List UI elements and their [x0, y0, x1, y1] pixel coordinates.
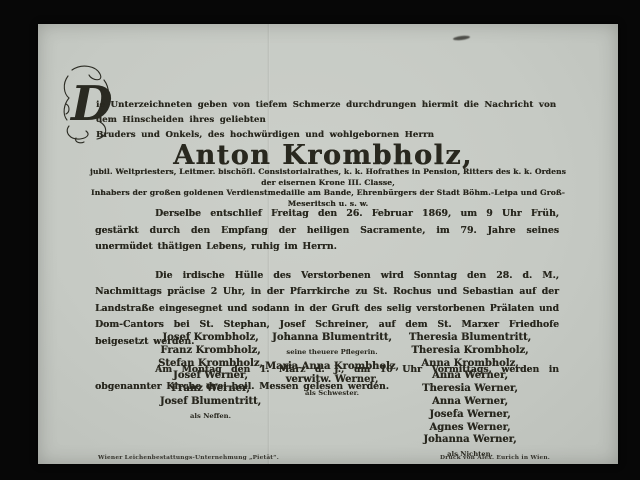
imprint-undertaker: Wiener Leichenbestattungs-Unternehmung „…	[98, 455, 318, 461]
signer-name: Agnes Werner,	[390, 422, 550, 435]
signer-name: Theresia Blumentritt,	[390, 332, 550, 345]
signatures-section: Josef Krombholz, Franz Krombholz, Stefan…	[38, 332, 618, 464]
intro-line1: ie Unterzeichneten geben von tiefem Schm…	[96, 100, 556, 125]
paragraph-death-announcement: Derselbe entschlief Freitag den 26. Febr…	[95, 206, 559, 256]
signer-name: Anna Krombholz,	[390, 358, 550, 371]
signer-name: Anna Werner,	[390, 396, 550, 409]
signature-column-nieces: Theresia Blumentritt, Theresia Krombholz…	[390, 332, 550, 458]
signer-name: Theresia Werner,	[390, 383, 550, 396]
titles-line1: jubil. Weltpriesters, Leitmer. bischöfl.…	[90, 167, 566, 187]
scanned-death-notice-page: D ie Unterzeichneten geben von tiefem Sc…	[38, 24, 618, 464]
signer-role: als Neffen.	[133, 412, 288, 420]
signer-name: Johanna Werner,	[390, 434, 550, 447]
signer-name: Theresia Krombholz,	[390, 345, 550, 358]
ink-smudge-mark	[453, 35, 470, 41]
intro-text: ie Unterzeichneten geben von tiefem Schm…	[96, 98, 562, 143]
imprint-printer: Druck von Alex. Eurich in Wien.	[428, 455, 550, 461]
signer-name: Josefa Werner,	[390, 409, 550, 422]
titles-line2: Inhabers der großen goldenen Verdienstme…	[91, 188, 565, 208]
titles-block: jubil. Weltpriesters, Leitmer. bischöfl.…	[90, 167, 566, 209]
intro-line2: Bruders und Onkels, des hochwürdigen und…	[96, 130, 434, 140]
signer-name: Anna Werner,	[390, 370, 550, 383]
